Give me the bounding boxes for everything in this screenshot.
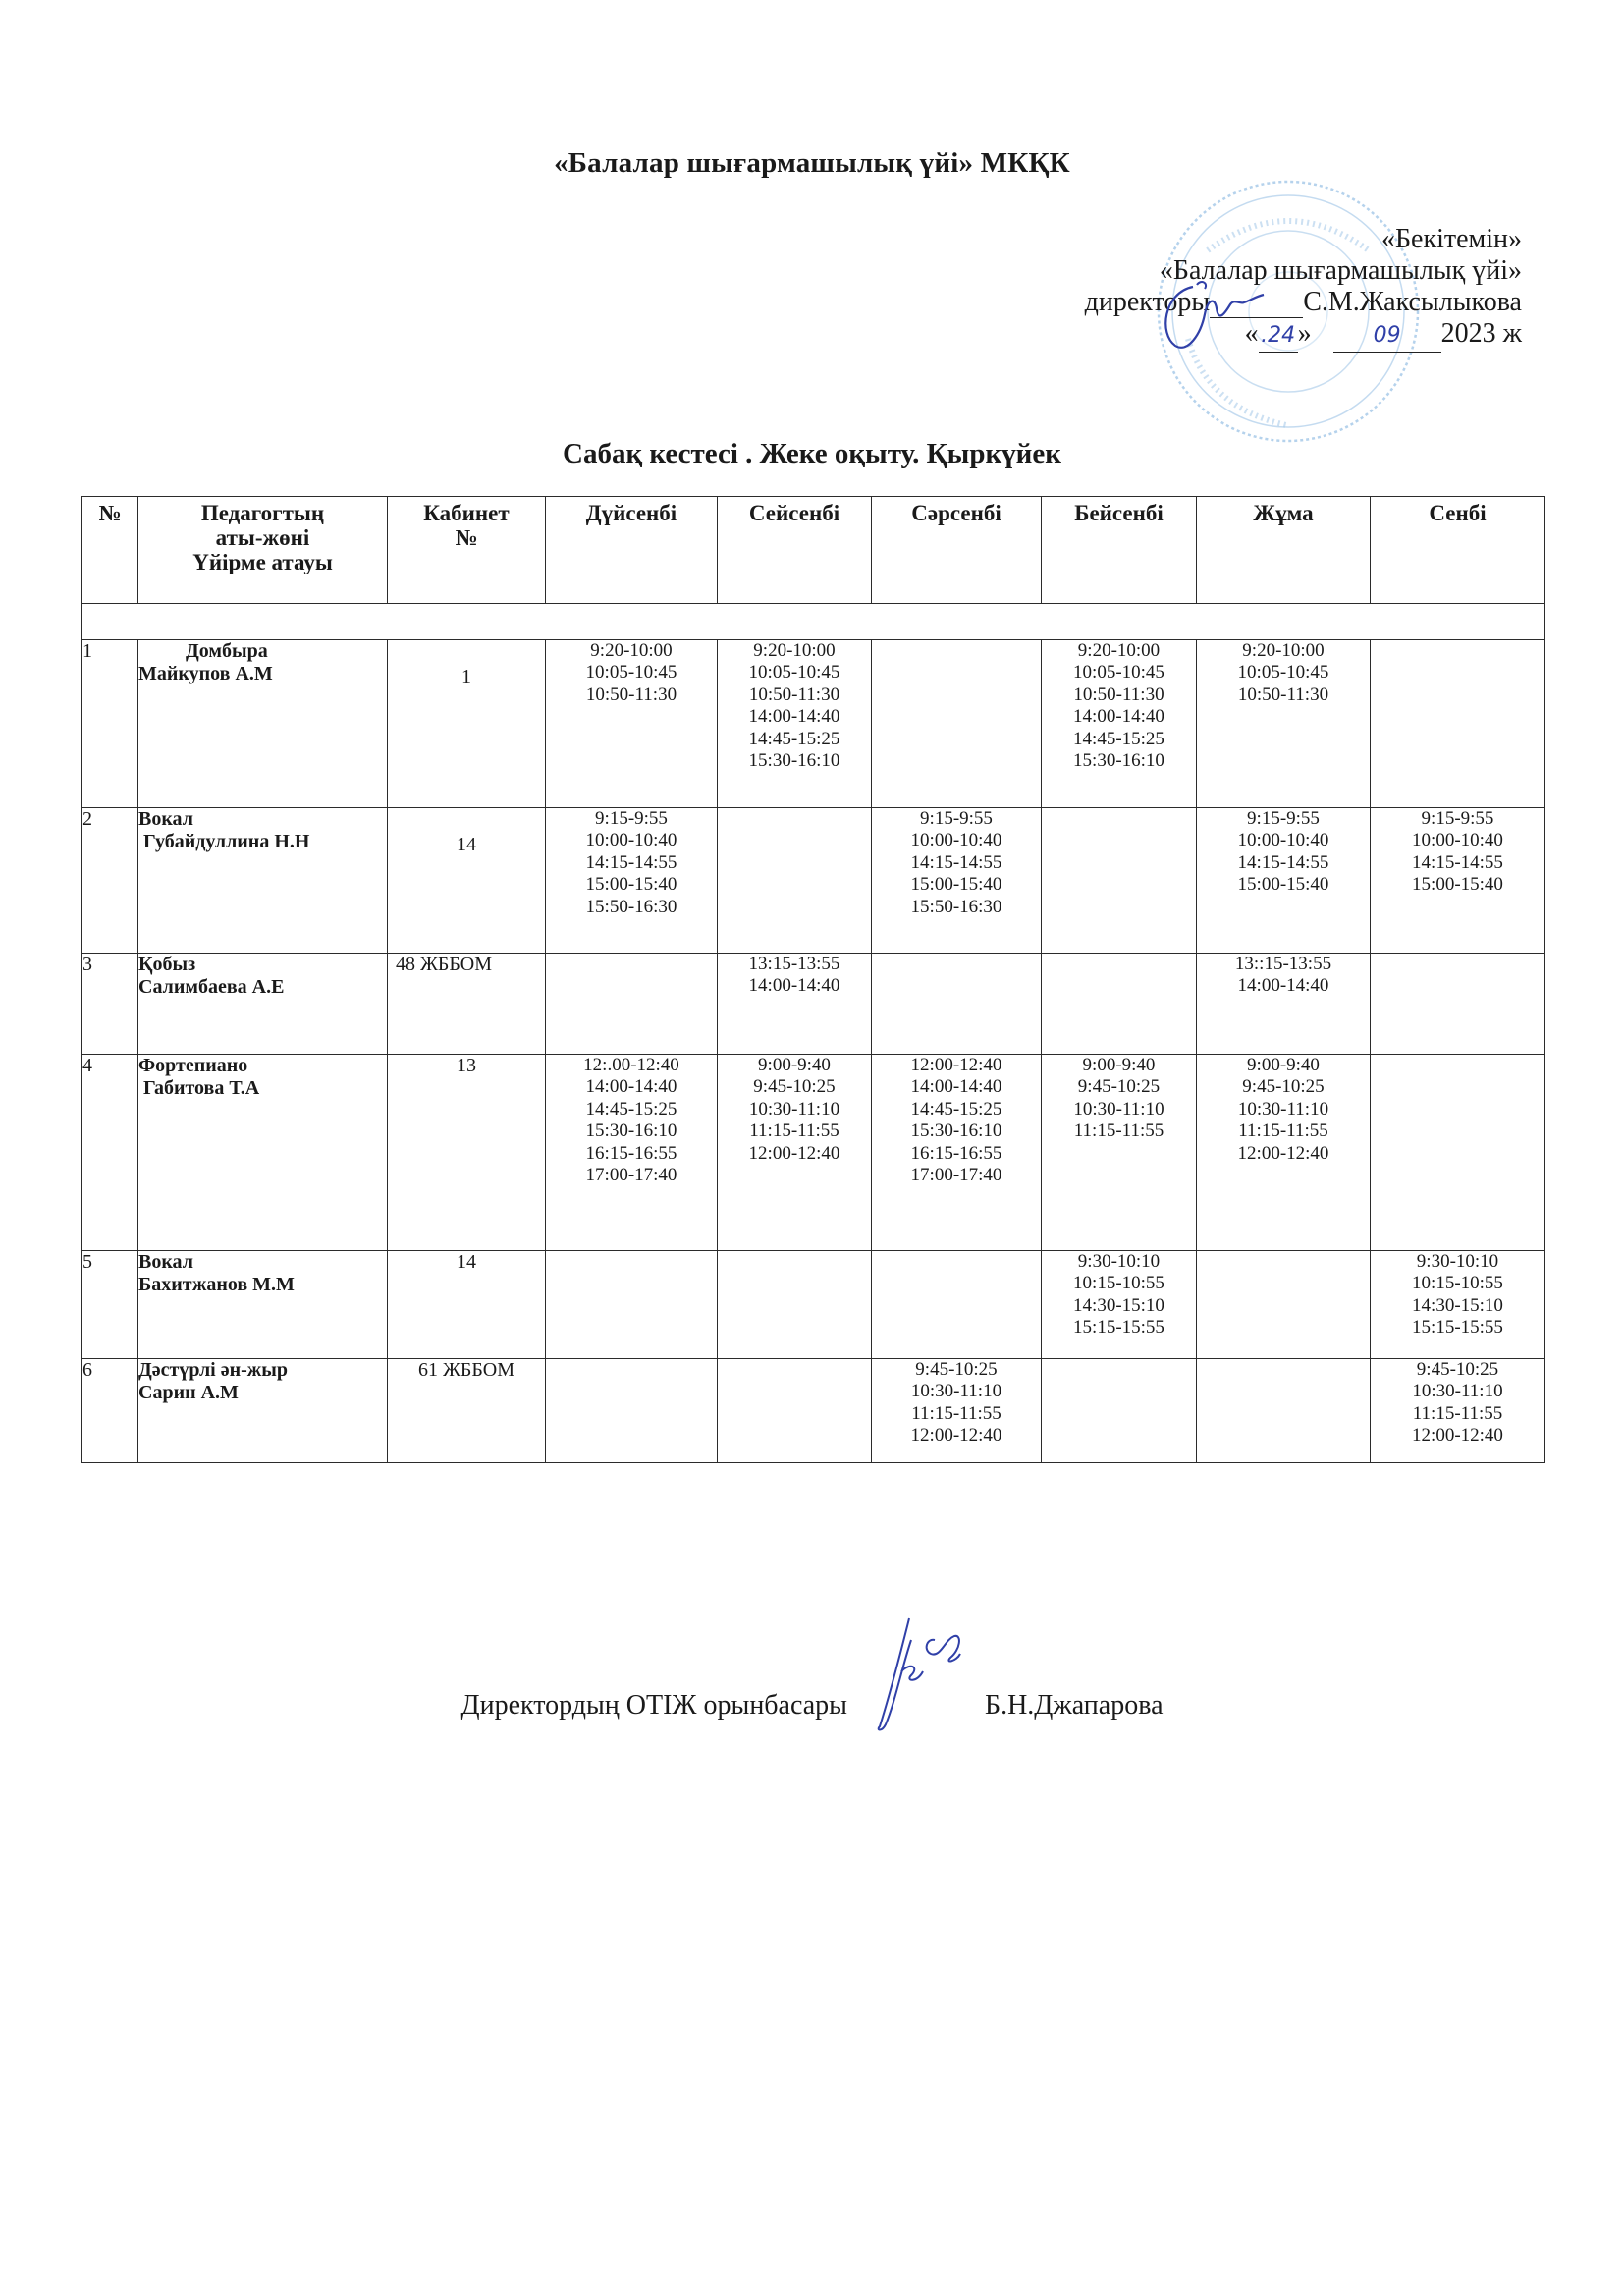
time-slot: 17:00-17:40: [872, 1165, 1041, 1186]
approval-block: «Бекітемін» «Балалар шығармашылық үйі» д…: [1085, 224, 1522, 353]
quote-close: »: [1298, 318, 1312, 349]
time-slot: 14:15-14:55: [546, 852, 717, 874]
approval-date-line: «.24»092023 ж: [1085, 318, 1522, 353]
table-row: 1ДомбыраМайкупов А.М19:20-10:0010:05-10:…: [82, 640, 1545, 808]
slots-saturday: 9:30-10:1010:15-10:5514:30-15:1015:15-15…: [1371, 1251, 1545, 1359]
slots-saturday: [1371, 1055, 1545, 1251]
teacher-cell: Дәстүрлі ән-жырСарин А.М: [138, 1359, 388, 1463]
time-slot: 15:00-15:40: [1197, 874, 1370, 896]
table-spacer-row: [82, 604, 1545, 640]
slots-wednesday: [872, 640, 1042, 808]
time-slot: 9:15-9:55: [1371, 808, 1544, 830]
slots-wednesday: 9:15-9:5510:00-10:4014:15-14:5515:00-15:…: [872, 808, 1042, 954]
time-slot: 12:00-12:40: [872, 1055, 1041, 1076]
column-header-teacher: Педагогтың аты-жөні Үйірме атауы: [138, 497, 388, 604]
time-slot: 15:15-15:55: [1371, 1317, 1544, 1339]
slots-friday: 13::15-13:5514:00-14:40: [1197, 954, 1371, 1055]
room-number: 14: [388, 1251, 546, 1359]
time-slot: 9:45-10:25: [1371, 1359, 1544, 1381]
time-slot: 13:15-13:55: [718, 954, 871, 975]
time-slot: 9:45-10:25: [1042, 1076, 1196, 1098]
slots-thursday: [1042, 1359, 1197, 1463]
time-slot: 12:00-12:40: [718, 1143, 871, 1165]
teacher-header-line3: Үйірме атауы: [138, 550, 387, 574]
room-number: 14: [388, 808, 546, 954]
teacher-name: Майкупов А.М: [138, 663, 387, 685]
time-slot: 14:00-14:40: [1197, 975, 1370, 997]
approval-role: директоры: [1085, 287, 1211, 317]
approval-director-name: С.М.Жаксылыкова: [1303, 287, 1522, 317]
time-slot: 15:50-16:30: [872, 897, 1041, 918]
time-slot: 10:50-11:30: [546, 684, 717, 706]
slots-tuesday: 13:15-13:5514:00-14:40: [718, 954, 872, 1055]
column-header-thursday: Бейсенбі: [1042, 497, 1197, 604]
time-slot: 16:15-16:55: [872, 1143, 1041, 1165]
time-slot: 14:00-14:40: [718, 975, 871, 997]
slots-monday: [546, 1251, 718, 1359]
slots-tuesday: 9:20-10:0010:05-10:4510:50-11:3014:00-14…: [718, 640, 872, 808]
time-slot: 10:00-10:40: [1197, 830, 1370, 851]
time-slot: 9:45-10:25: [1197, 1076, 1370, 1098]
teacher-cell: ҚобызСалимбаева А.Е: [138, 954, 388, 1055]
teacher-cell: Фортепиано Габитова Т.А: [138, 1055, 388, 1251]
time-slot: 15:30-16:10: [718, 750, 871, 772]
club-name: Дәстүрлі ән-жыр: [138, 1359, 387, 1382]
time-slot: 9:20-10:00: [1042, 640, 1196, 662]
slots-friday: 9:20-10:0010:05-10:4510:50-11:30: [1197, 640, 1371, 808]
time-slot: 10:30-11:10: [718, 1099, 871, 1121]
time-slot: 10:15-10:55: [1042, 1273, 1196, 1294]
time-slot: 10:30-11:10: [1371, 1381, 1544, 1402]
slots-friday: 9:00-9:409:45-10:2510:30-11:1011:15-11:5…: [1197, 1055, 1371, 1251]
slots-wednesday: 12:00-12:4014:00-14:4014:45-15:2515:30-1…: [872, 1055, 1042, 1251]
time-slot: 9:00-9:40: [1197, 1055, 1370, 1076]
time-slot: 9:00-9:40: [1042, 1055, 1196, 1076]
approval-year: 2023 ж: [1441, 318, 1522, 349]
time-slot: 16:15-16:55: [546, 1143, 717, 1165]
approval-day: .24: [1259, 320, 1298, 353]
deputy-name: Б.Н.Джапарова: [985, 1690, 1164, 1722]
time-slot: 17:00-17:40: [546, 1165, 717, 1186]
time-slot: 10:50-11:30: [718, 684, 871, 706]
time-slot: 10:50-11:30: [1197, 684, 1370, 706]
teacher-cell: ВокалБахитжанов М.М: [138, 1251, 388, 1359]
time-slot: 15:30-16:10: [872, 1121, 1041, 1142]
time-slot: 10:30-11:10: [1042, 1099, 1196, 1121]
time-slot: 9:45-10:25: [872, 1359, 1041, 1381]
slots-thursday: [1042, 808, 1197, 954]
time-slot: 15:00-15:40: [546, 874, 717, 896]
slots-thursday: 9:30-10:1010:15-10:5514:30-15:1015:15-15…: [1042, 1251, 1197, 1359]
time-slot: 9:20-10:00: [718, 640, 871, 662]
time-slot: 14:30-15:10: [1371, 1295, 1544, 1317]
time-slot: 14:15-14:55: [1197, 852, 1370, 874]
time-slot: 14:00-14:40: [718, 706, 871, 728]
slots-monday: 12:.00-12:4014:00-14:4014:45-15:2515:30-…: [546, 1055, 718, 1251]
slots-tuesday: 9:00-9:409:45-10:2510:30-11:1011:15-11:5…: [718, 1055, 872, 1251]
slots-wednesday: [872, 1251, 1042, 1359]
room-header-line2: №: [388, 525, 545, 550]
slots-tuesday: [718, 1359, 872, 1463]
approval-heading: «Бекітемін»: [1085, 224, 1522, 255]
time-slot: 12:00-12:40: [1197, 1143, 1370, 1165]
approval-month: 09: [1333, 320, 1441, 353]
time-slot: 10:30-11:10: [872, 1381, 1041, 1402]
quote-open: «: [1245, 318, 1259, 349]
slots-friday: [1197, 1251, 1371, 1359]
row-number: 1: [82, 640, 138, 808]
organization-title: «Балалар шығармашылық үйі» МКҚК: [0, 147, 1624, 180]
time-slot: 9:15-9:55: [1197, 808, 1370, 830]
teacher-header-line2: аты-жөні: [138, 525, 387, 550]
time-slot: 14:30-15:10: [1042, 1295, 1196, 1317]
teacher-name: Габитова Т.А: [138, 1077, 387, 1100]
time-slot: 14:00-14:40: [872, 1076, 1041, 1098]
slots-thursday: 9:20-10:0010:05-10:4510:50-11:3014:00-14…: [1042, 640, 1197, 808]
slots-friday: 9:15-9:5510:00-10:4014:15-14:5515:00-15:…: [1197, 808, 1371, 954]
club-name: Вокал: [138, 808, 387, 831]
teacher-cell: Вокал Губайдуллина Н.Н: [138, 808, 388, 954]
time-slot: 15:30-16:10: [1042, 750, 1196, 772]
time-slot: 10:05-10:45: [546, 662, 717, 683]
time-slot: 10:30-11:10: [1197, 1099, 1370, 1121]
time-slot: 14:45-15:25: [872, 1099, 1041, 1121]
column-header-saturday: Сенбі: [1371, 497, 1545, 604]
time-slot: 9:20-10:00: [1197, 640, 1370, 662]
slots-wednesday: 9:45-10:2510:30-11:1011:15-11:5512:00-12…: [872, 1359, 1042, 1463]
table-row: 4Фортепиано Габитова Т.А1312:.00-12:4014…: [82, 1055, 1545, 1251]
time-slot: 12:00-12:40: [872, 1425, 1041, 1447]
time-slot: 11:15-11:55: [718, 1121, 871, 1142]
slots-wednesday: [872, 954, 1042, 1055]
table-row: 2Вокал Губайдуллина Н.Н149:15-9:5510:00-…: [82, 808, 1545, 954]
slots-tuesday: [718, 808, 872, 954]
column-header-wednesday: Сәрсенбі: [872, 497, 1042, 604]
row-number: 5: [82, 1251, 138, 1359]
column-header-friday: Жұма: [1197, 497, 1371, 604]
room-number: 48 ЖББОМ: [388, 954, 546, 1055]
time-slot: 11:15-11:55: [1371, 1403, 1544, 1425]
table-header-row: № Педагогтың аты-жөні Үйірме атауы Кабин…: [82, 497, 1545, 604]
slots-monday: [546, 1359, 718, 1463]
slots-saturday: [1371, 640, 1545, 808]
footer-signature-line: Директордың ОТІЖ орынбасарыБ.Н.Джапарова: [0, 1674, 1624, 1722]
room-header-line1: Кабинет: [388, 501, 545, 525]
time-slot: 12:.00-12:40: [546, 1055, 717, 1076]
time-slot: 9:15-9:55: [546, 808, 717, 830]
club-name: Фортепиано: [138, 1055, 387, 1077]
time-slot: 14:45-15:25: [718, 729, 871, 750]
slots-monday: [546, 954, 718, 1055]
time-slot: 11:15-11:55: [1197, 1121, 1370, 1142]
club-name: Вокал: [138, 1251, 387, 1274]
room-number: 1: [388, 640, 546, 808]
slots-saturday: 9:15-9:5510:00-10:4014:15-14:5515:00-15:…: [1371, 808, 1545, 954]
approval-director-line: директорыС.М.Жаксылыкова: [1085, 287, 1522, 318]
slots-tuesday: [718, 1251, 872, 1359]
room-number: 13: [388, 1055, 546, 1251]
teacher-header-line1: Педагогтың: [138, 501, 387, 525]
column-header-monday: Дүйсенбі: [546, 497, 718, 604]
row-number: 3: [82, 954, 138, 1055]
time-slot: 9:30-10:10: [1371, 1251, 1544, 1273]
teacher-name: Бахитжанов М.М: [138, 1274, 387, 1296]
time-slot: 14:15-14:55: [872, 852, 1041, 874]
column-header-room: Кабинет №: [388, 497, 546, 604]
time-slot: 11:15-11:55: [872, 1403, 1041, 1425]
row-number: 2: [82, 808, 138, 954]
row-number: 4: [82, 1055, 138, 1251]
time-slot: 9:45-10:25: [718, 1076, 871, 1098]
time-slot: 9:15-9:55: [872, 808, 1041, 830]
time-slot: 10:00-10:40: [872, 830, 1041, 851]
time-slot: 10:00-10:40: [546, 830, 717, 851]
time-slot: 10:05-10:45: [1197, 662, 1370, 683]
signature-blank: [1210, 292, 1303, 318]
time-slot: 9:30-10:10: [1042, 1251, 1196, 1273]
table-row: 3ҚобызСалимбаева А.Е48 ЖББОМ13:15-13:551…: [82, 954, 1545, 1055]
club-name: Қобыз: [138, 954, 387, 976]
time-slot: 10:05-10:45: [1042, 662, 1196, 683]
club-name: Домбыра: [138, 640, 387, 663]
table-row: 6Дәстүрлі ән-жырСарин А.М61 ЖББОМ9:45-10…: [82, 1359, 1545, 1463]
room-number: 61 ЖББОМ: [388, 1359, 546, 1463]
time-slot: 10:15-10:55: [1371, 1273, 1544, 1294]
time-slot: 9:00-9:40: [718, 1055, 871, 1076]
teacher-cell: ДомбыраМайкупов А.М: [138, 640, 388, 808]
time-slot: 10:50-11:30: [1042, 684, 1196, 706]
time-slot: 15:50-16:30: [546, 897, 717, 918]
time-slot: 15:15-15:55: [1042, 1317, 1196, 1339]
slots-saturday: 9:45-10:2510:30-11:1011:15-11:5512:00-12…: [1371, 1359, 1545, 1463]
column-header-number: №: [82, 497, 138, 604]
time-slot: 10:05-10:45: [718, 662, 871, 683]
slots-thursday: 9:00-9:409:45-10:2510:30-11:1011:15-11:5…: [1042, 1055, 1197, 1251]
slots-thursday: [1042, 954, 1197, 1055]
time-slot: 14:00-14:40: [1042, 706, 1196, 728]
time-slot: 14:45-15:25: [546, 1099, 717, 1121]
time-slot: 14:15-14:55: [1371, 852, 1544, 874]
time-slot: 9:20-10:00: [546, 640, 717, 662]
row-number: 6: [82, 1359, 138, 1463]
slots-monday: 9:15-9:5510:00-10:4014:15-14:5515:00-15:…: [546, 808, 718, 954]
teacher-name: Салимбаева А.Е: [138, 976, 387, 999]
time-slot: 15:30-16:10: [546, 1121, 717, 1142]
time-slot: 15:00-15:40: [1371, 874, 1544, 896]
teacher-name: Сарин А.М: [138, 1382, 387, 1404]
time-slot: 15:00-15:40: [872, 874, 1041, 896]
time-slot: 14:45-15:25: [1042, 729, 1196, 750]
approval-organization: «Балалар шығармашылық үйі»: [1085, 255, 1522, 287]
column-header-tuesday: Сейсенбі: [718, 497, 872, 604]
deputy-role: Директордың ОТІЖ орынбасары: [460, 1690, 847, 1722]
time-slot: 14:00-14:40: [546, 1076, 717, 1098]
schedule-title: Сабақ кестесі . Жеке оқыту. Қыркүйек: [0, 438, 1624, 470]
time-slot: 12:00-12:40: [1371, 1425, 1544, 1447]
slots-friday: [1197, 1359, 1371, 1463]
slots-saturday: [1371, 954, 1545, 1055]
table-row: 5ВокалБахитжанов М.М149:30-10:1010:15-10…: [82, 1251, 1545, 1359]
slots-monday: 9:20-10:0010:05-10:4510:50-11:30: [546, 640, 718, 808]
time-slot: 11:15-11:55: [1042, 1121, 1196, 1142]
teacher-name: Губайдуллина Н.Н: [138, 831, 387, 853]
time-slot: 10:00-10:40: [1371, 830, 1544, 851]
schedule-table: № Педагогтың аты-жөні Үйірме атауы Кабин…: [81, 496, 1545, 1463]
time-slot: 13::15-13:55: [1197, 954, 1370, 975]
